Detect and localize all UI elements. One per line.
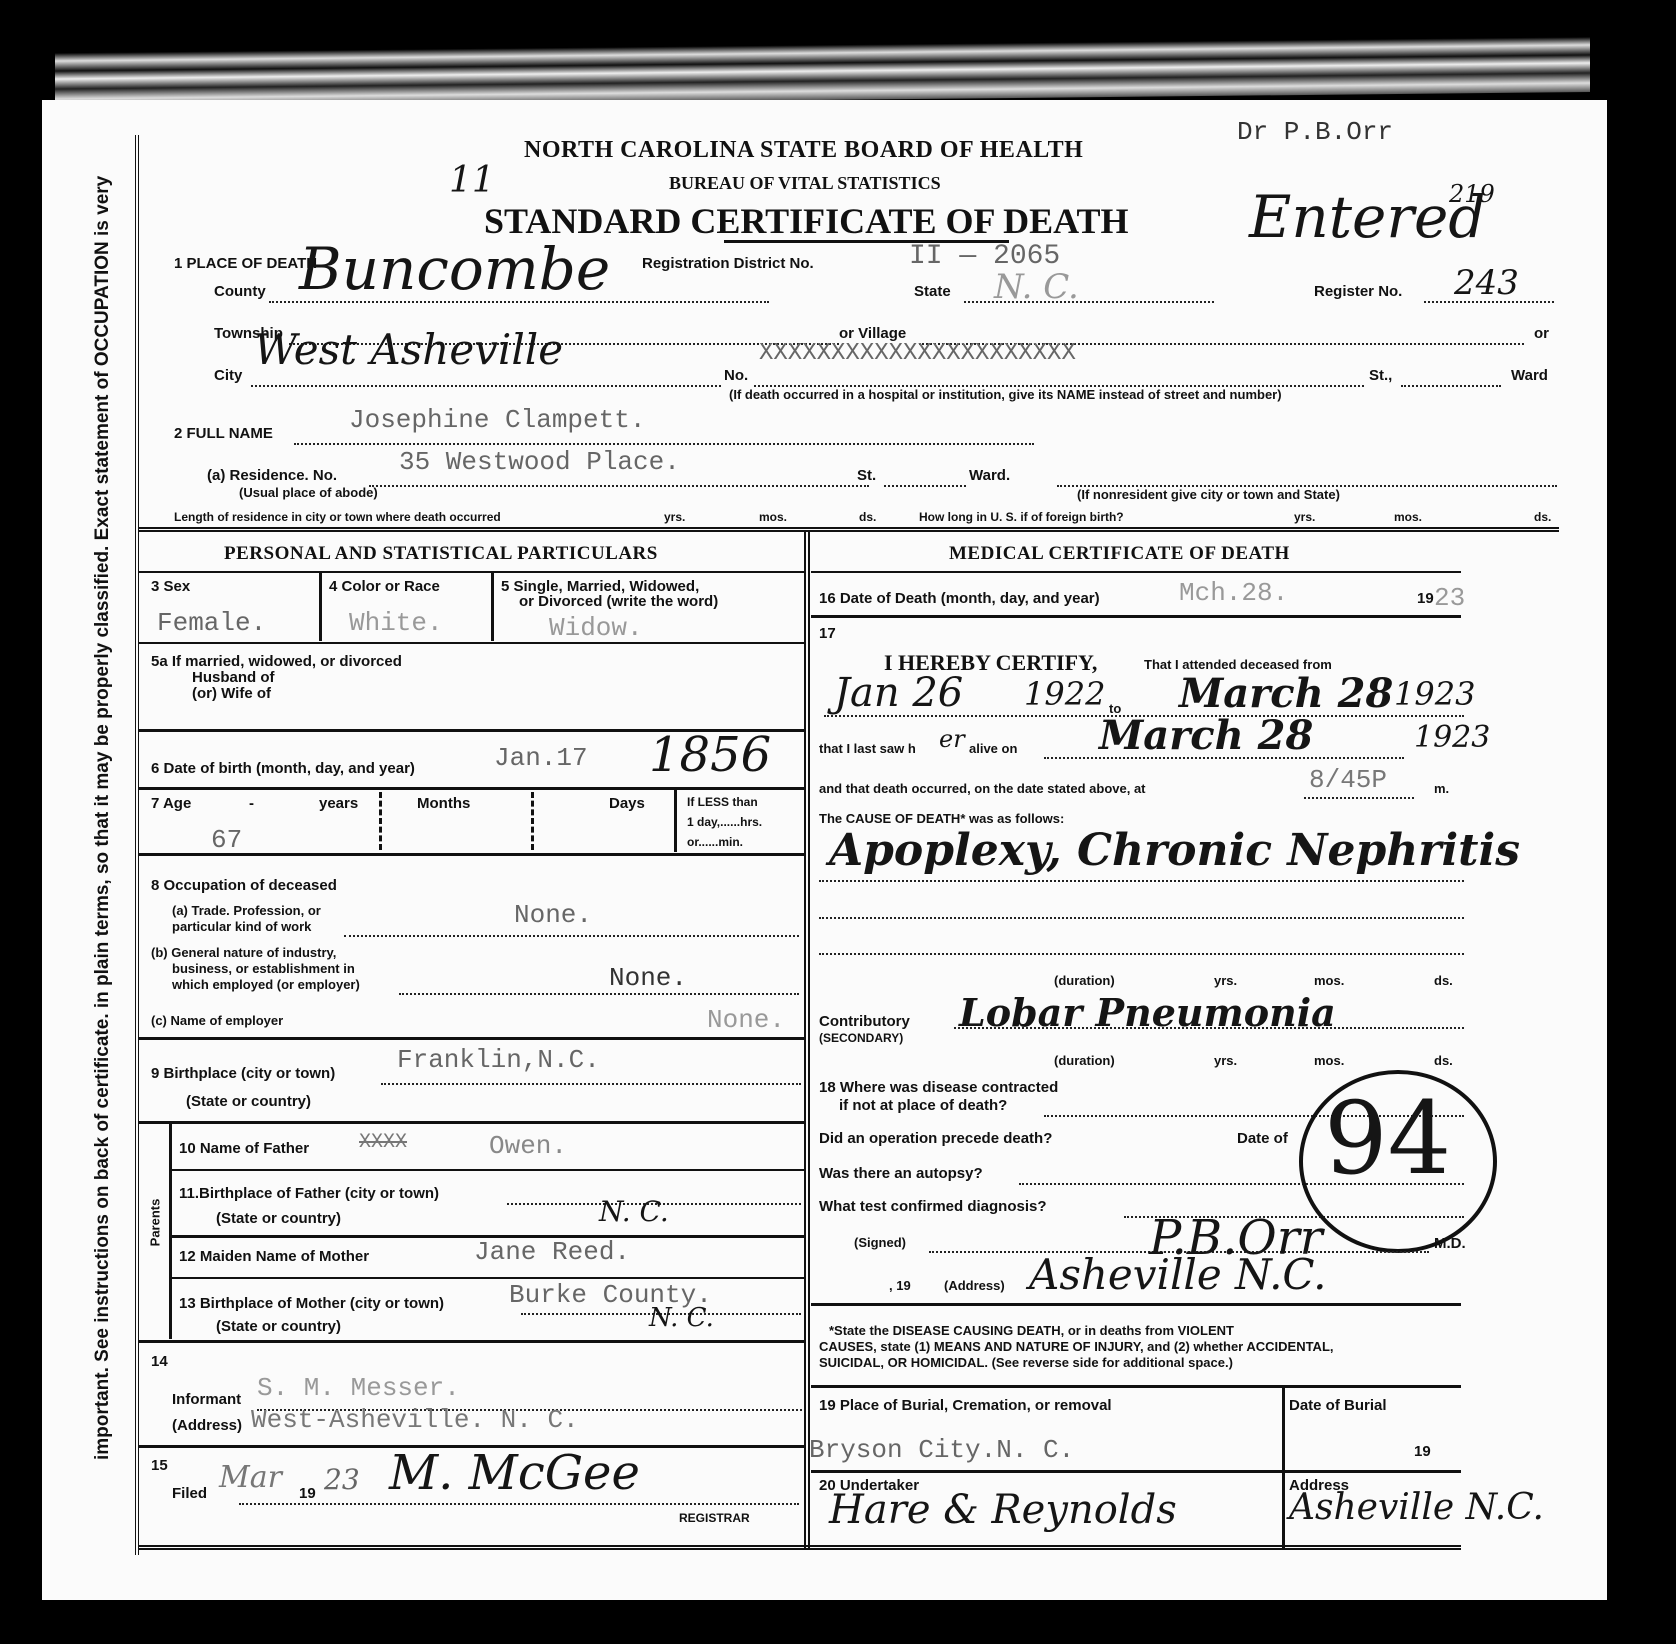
residence-st-line [884, 485, 966, 487]
dod-year-prefix: 19 [1417, 590, 1434, 607]
duration-mos-2: mos. [1314, 1053, 1344, 1068]
time-value: 8/45P [1309, 765, 1387, 795]
medical-section-title: MEDICAL CERTIFICATE OF DEATH [949, 543, 1290, 565]
age-dash: - [249, 795, 254, 812]
parents-divider [169, 1121, 172, 1339]
row-rule-5 [139, 642, 804, 644]
age-divider-2 [531, 792, 534, 850]
no-value-struck: XXXXXXXXXXXXXXXXXXXXXX [759, 340, 1076, 367]
contracted-label-1: 18 Where was disease contracted [819, 1079, 1058, 1096]
filed-year: 23 [324, 1463, 360, 1496]
hospital-note: (If death occurred in a hospital or inst… [729, 387, 1282, 402]
less-label-3: or......min. [687, 835, 743, 849]
cause-value: Apoplexy, Chronic Nephritis [829, 825, 1520, 876]
state-value: N. C. [994, 267, 1079, 307]
informant-number: 14 [151, 1353, 168, 1370]
operation-label: Did an operation precede death? [819, 1130, 1052, 1147]
race-value: White. [349, 608, 443, 638]
dob-value: Jan.17 [494, 743, 588, 773]
dod-label: 16 Date of Death (month, day, and year) [819, 590, 1100, 607]
alive-on-label: alive on [969, 741, 1017, 756]
mother-bp-label: 13 Birthplace of Mother (city or town) [179, 1295, 444, 1312]
residence-label: (a) Residence. No. [207, 467, 337, 484]
burial-date-divider [1282, 1385, 1285, 1550]
bureau-heading: BUREAU OF VITAL STATISTICS [669, 173, 941, 194]
informant-value: S. M. Messer. [257, 1373, 460, 1403]
year-19-label: , 19 [889, 1278, 911, 1293]
cause-line-2 [819, 917, 1464, 919]
row-rule-6 [139, 787, 804, 790]
employer-label: (c) Name of employer [151, 1013, 283, 1028]
residence-ward-label: Ward. [969, 467, 1010, 484]
cause-label: The CAUSE OF DEATH* was as follows: [819, 811, 1064, 826]
age-value: 67 [211, 825, 242, 855]
cause-line-1 [819, 880, 1464, 882]
length-mos-label: mos. [759, 510, 787, 524]
birthplace-label: 9 Birthplace (city or town) [151, 1065, 335, 1082]
register-label: Register No. [1314, 283, 1402, 300]
last-saw-year: 1923 [1414, 720, 1490, 755]
st-line [1401, 385, 1501, 387]
county-label: County [214, 283, 266, 300]
less-label-1: If LESS than [687, 795, 758, 809]
days-label: Days [609, 795, 645, 812]
father-bp-value: N. C. [599, 1195, 669, 1228]
county-value: Buncombe [299, 235, 610, 303]
father-bp-state-label: (State or country) [216, 1210, 341, 1227]
contributory-value: Lobar Pneumonia [959, 990, 1336, 1035]
attended-to-year: 1923 [1394, 675, 1475, 713]
city-value: West Asheville [254, 325, 563, 374]
sex-value: Female. [157, 608, 266, 638]
spouse-label-3: (or) Wife of [192, 685, 271, 702]
duration-yrs-2: yrs. [1214, 1053, 1237, 1068]
birthplace-state-label: (State or country) [186, 1093, 311, 1110]
time-line [1304, 797, 1414, 799]
marital-value: Widow. [549, 613, 643, 643]
parents-label: Parents [147, 1199, 162, 1247]
city-label: City [214, 367, 242, 384]
registrar-label: REGISTRAR [679, 1511, 750, 1525]
mother-bp-state-value: N. C. [649, 1303, 714, 1333]
city-line [251, 385, 721, 387]
register-value: 243 [1454, 263, 1519, 303]
duration-label: (duration) [1054, 973, 1115, 988]
filed-value: Mar [219, 1460, 282, 1495]
age-divider-3 [674, 787, 677, 852]
residence-line [369, 485, 869, 487]
usual-abode-note: (Usual place of abode) [239, 485, 378, 500]
race-label: 4 Color or Race [329, 578, 440, 595]
cause-line-3 [819, 953, 1464, 955]
physician-annotation: Dr P.B.Orr [1237, 117, 1393, 147]
row-rule-13 [139, 1340, 804, 1343]
time-suffix: m. [1434, 781, 1449, 796]
contributory-sub: (SECONDARY) [819, 1031, 903, 1045]
bottom-border [139, 1545, 1461, 1550]
filed-label: Filed [172, 1485, 207, 1502]
mother-bp-state-label: (State or country) [216, 1318, 341, 1335]
reg-district-label: Registration District No. [642, 255, 814, 272]
foreign-mos-label: mos. [1394, 510, 1422, 524]
st-label: St., [1369, 367, 1392, 384]
filed-year-prefix: 19 [299, 1485, 316, 1502]
industry-label-2: business, or establishment in [172, 961, 355, 976]
last-saw-her: er [939, 725, 965, 753]
full-name-value: Josephine Clampett. [349, 405, 645, 435]
race-marital-divider [491, 571, 494, 641]
burial-date-label: Date of Burial [1289, 1397, 1387, 1414]
row-rule-7 [139, 853, 804, 856]
row-rule-10 [169, 1169, 804, 1171]
tick-annotation: 11 [449, 160, 495, 201]
row-rule-12 [169, 1277, 804, 1279]
row-rule-8 [139, 1037, 804, 1040]
date-of-label: Date of [1237, 1130, 1288, 1147]
address-label: (Address) [944, 1278, 1005, 1293]
no-label: No. [724, 367, 748, 384]
employer-value: None. [707, 1005, 785, 1035]
burial-date-year: 19 [1414, 1443, 1431, 1460]
foreign-ds-label: ds. [1534, 510, 1551, 524]
informant-addr-label: (Address) [172, 1417, 242, 1434]
or-label: or [1534, 325, 1549, 342]
registrar-signature: M. McGee [389, 1445, 640, 1501]
center-divider [804, 532, 810, 1550]
footnote-1: *State the DISEASE CAUSING DEATH, or in … [829, 1323, 1234, 1338]
foreign-birth-label: How long in U. S. if of foreign birth? [919, 510, 1124, 524]
medical-title-rule [811, 571, 1461, 573]
contributory-label: Contributory [819, 1013, 910, 1030]
trade-value: None. [514, 900, 592, 930]
md-label: M.D. [1434, 1235, 1466, 1252]
undertaker-addr-value: Asheville N.C. [1289, 1487, 1544, 1528]
length-yrs-label: yrs. [664, 510, 685, 524]
mother-value: Jane Reed. [474, 1237, 630, 1267]
months-label: Months [417, 795, 470, 812]
less-label-2: 1 day,......hrs. [687, 815, 762, 829]
row-rule-burial [811, 1470, 1461, 1473]
attended-from-year: 1922 [1024, 675, 1105, 713]
personal-section-title: PERSONAL AND STATISTICAL PARTICULARS [224, 543, 658, 565]
time-label: and that death occurred, on the date sta… [819, 781, 1146, 796]
dod-value: Mch.28. [1179, 578, 1288, 608]
industry-label-3: which employed (or employer) [172, 977, 360, 992]
duration-yrs: yrs. [1214, 973, 1237, 988]
personal-title-rule [139, 571, 804, 573]
row-rule-16 [811, 615, 1461, 618]
undertaker-value: Hare & Reynolds [829, 1487, 1177, 1533]
length-residence-label: Length of residence in city or town wher… [174, 510, 501, 524]
dob-label: 6 Date of birth (month, day, and year) [151, 760, 415, 777]
filed-number: 15 [151, 1457, 168, 1474]
nonresident-note: (If nonresident give city or town and St… [1077, 487, 1340, 502]
foreign-yrs-label: yrs. [1294, 510, 1315, 524]
ward-label: Ward [1511, 367, 1548, 384]
trade-line [344, 935, 799, 937]
side-instruction-note: important. See instructions on back of c… [92, 160, 124, 1460]
filed-line [239, 1503, 799, 1505]
residence-value: 35 Westwood Place. [399, 447, 680, 477]
place-of-death-label: 1 PLACE OF DEATH [174, 255, 317, 272]
father-bp-label: 11.Birthplace of Father (city or town) [179, 1185, 439, 1202]
duration-ds: ds. [1434, 973, 1453, 988]
last-saw-label: that I last saw h [819, 741, 916, 756]
age-label: 7 Age [151, 795, 191, 812]
stamp-value: 94 [1324, 1080, 1451, 1197]
death-certificate-form: NORTH CAROLINA STATE BOARD OF HEALTH BUR… [135, 135, 1564, 1555]
address-value: Asheville N.C. [1029, 1250, 1326, 1299]
footnote-2: CAUSES, state (1) MEANS AND NATURE OF IN… [819, 1339, 1334, 1354]
signed-label: (Signed) [854, 1235, 906, 1250]
row-rule-9 [139, 1121, 804, 1124]
industry-label-1: (b) General nature of industry, [151, 945, 336, 960]
full-name-line [294, 443, 1034, 445]
trade-label-2: particular kind of work [172, 919, 311, 934]
father-value: Owen. [489, 1131, 567, 1161]
spouse-label-2: Husband of [192, 669, 275, 686]
paper-stack-edge [55, 37, 1590, 108]
birthplace-value: Franklin,N.C. [397, 1045, 600, 1075]
industry-value: None. [609, 963, 687, 993]
spouse-label-1: 5a If married, widowed, or divorced [151, 653, 402, 670]
occupation-label: 8 Occupation of deceased [151, 877, 337, 894]
row-rule-signed [811, 1303, 1461, 1306]
age-divider-1 [379, 792, 382, 850]
cert-number: 17 [819, 625, 836, 642]
row-rule-footnote [811, 1385, 1461, 1388]
burial-label: 19 Place of Burial, Cremation, or remova… [819, 1397, 1112, 1414]
marital-label-2: or Divorced (write the word) [519, 593, 718, 610]
autopsy-label: Was there an autopsy? [819, 1165, 983, 1182]
full-name-label: 2 FULL NAME [174, 425, 273, 442]
duration-mos: mos. [1314, 973, 1344, 988]
trade-label-1: (a) Trade. Profession, or [172, 903, 321, 918]
dob-year: 1856 [649, 727, 771, 783]
footnote-3: SUICIDAL, OR HOMICIDAL. (See reverse sid… [819, 1355, 1233, 1370]
contracted-label-2: if not at place of death? [839, 1097, 1007, 1114]
informant-label: Informant [172, 1391, 241, 1408]
residence-divider [139, 527, 1559, 532]
attended-to: March 28 [1179, 670, 1393, 717]
last-saw-value: March 28 [1099, 712, 1313, 759]
sex-label: 3 Sex [151, 578, 190, 595]
attended-from: Jan 26 [834, 670, 963, 716]
length-ds-label: ds. [859, 510, 876, 524]
duration-ds-2: ds. [1434, 1053, 1453, 1068]
burial-value: Bryson City.N. C. [809, 1435, 1074, 1465]
industry-line [399, 993, 799, 995]
dod-year: 23 [1434, 583, 1465, 613]
entered-number: 219 [1449, 180, 1495, 208]
birthplace-line [381, 1083, 801, 1085]
test-label: What test confirmed diagnosis? [819, 1198, 1047, 1215]
state-label: State [914, 283, 951, 300]
father-label: 10 Name of Father [179, 1140, 309, 1157]
residence-st-label: St. [857, 467, 876, 484]
father-struck: XXXX [359, 1131, 407, 1154]
duration-label-2: (duration) [1054, 1053, 1115, 1068]
sex-race-divider [319, 571, 322, 641]
agency-heading: NORTH CAROLINA STATE BOARD OF HEALTH [524, 137, 1083, 164]
years-label: years [319, 795, 358, 812]
informant-addr-value: West-Asheville. N. C. [251, 1405, 579, 1435]
mother-label: 12 Maiden Name of Mother [179, 1248, 369, 1265]
